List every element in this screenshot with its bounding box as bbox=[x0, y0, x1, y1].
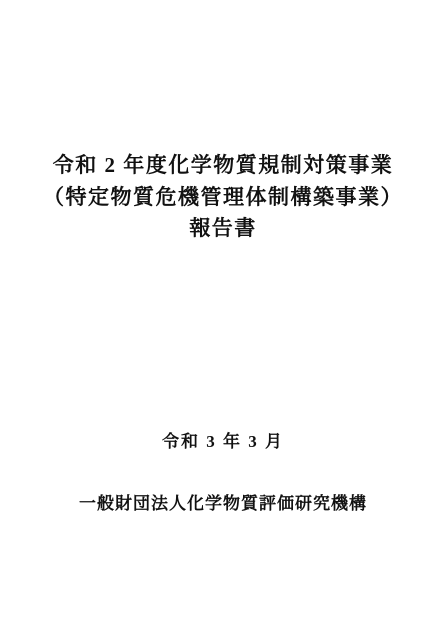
report-cover-page: 令和 2 年度化学物質規制対策事業 （特定物質危機管理体制構築事業） 報告書 令… bbox=[0, 0, 446, 630]
report-title-block: 令和 2 年度化学物質規制対策事業 （特定物質危機管理体制構築事業） 報告書 bbox=[0, 150, 446, 245]
report-date: 令和 3 年 3 月 bbox=[0, 427, 446, 452]
report-title-line-3: 報告書 bbox=[0, 213, 446, 245]
report-title-line-2: （特定物質危機管理体制構築事業） bbox=[0, 182, 446, 214]
publisher-organization: 一般財団法人化学物質評価研究機構 bbox=[0, 489, 446, 514]
report-title-line-1: 令和 2 年度化学物質規制対策事業 bbox=[0, 150, 446, 182]
